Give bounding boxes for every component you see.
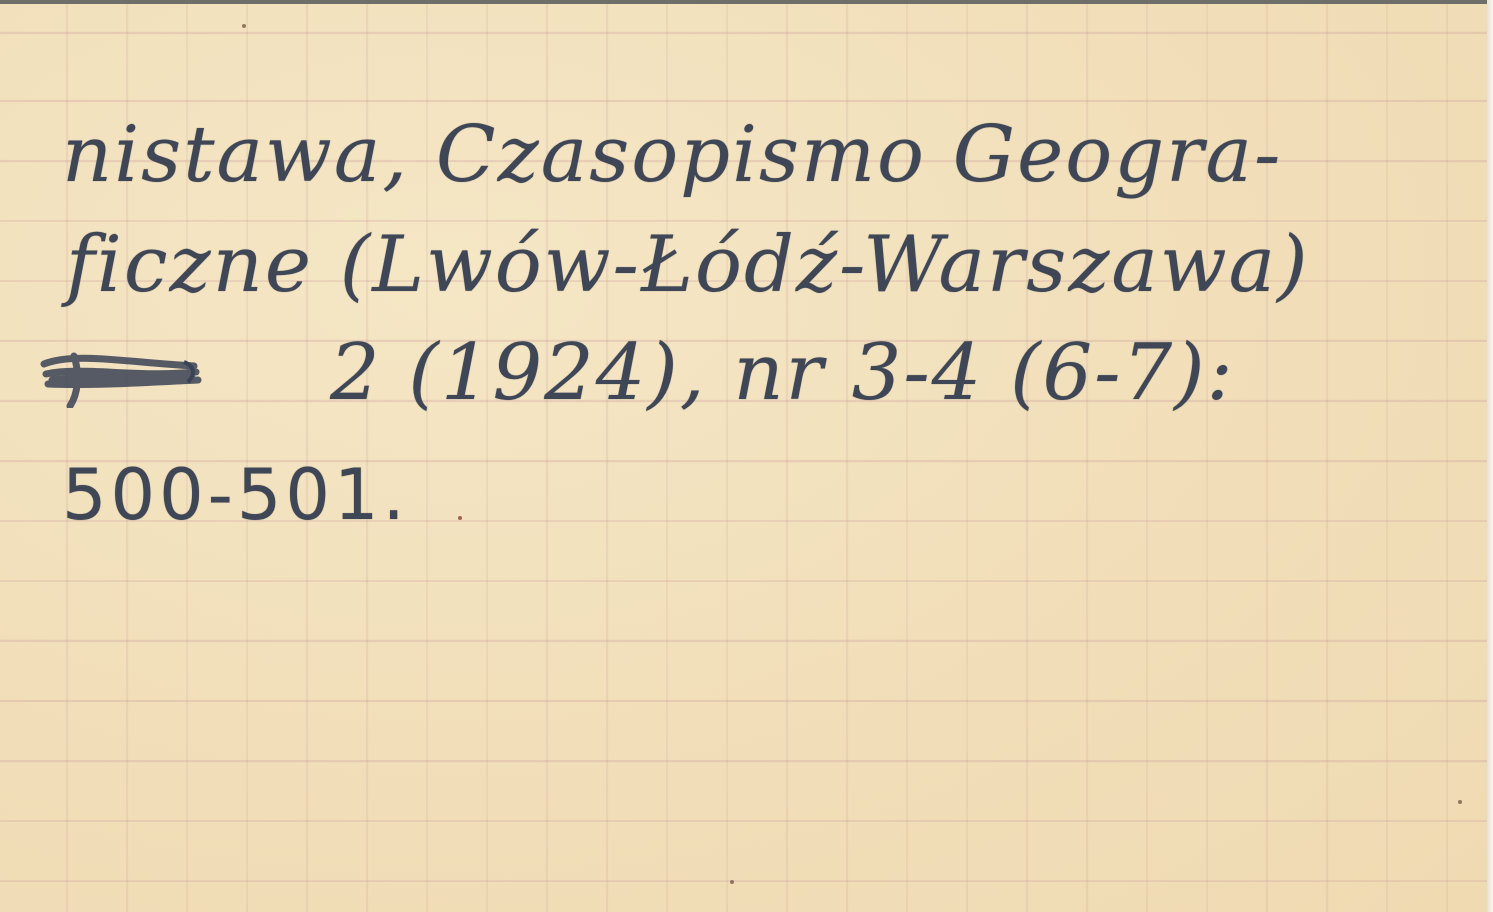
card-line-2: ficzne (Lwów-Łódź-Warszawa)	[66, 226, 1310, 304]
card-line-4: 500-501.	[62, 460, 409, 530]
crossed-out-scribble	[34, 344, 204, 408]
scan-right-edge	[1487, 0, 1493, 912]
paper-speck	[242, 24, 246, 28]
card-line-3: 2 (1924), nr 3-4 (6-7):	[330, 334, 1235, 412]
paper-speck	[730, 880, 734, 884]
card-line-1: nistawa, Czasopismo Geogra-	[62, 116, 1282, 194]
paper-speck	[1458, 800, 1462, 804]
paper-speck	[458, 516, 462, 520]
catalog-card: nistawa, Czasopismo Geogra- ficzne (Lwów…	[0, 4, 1487, 912]
